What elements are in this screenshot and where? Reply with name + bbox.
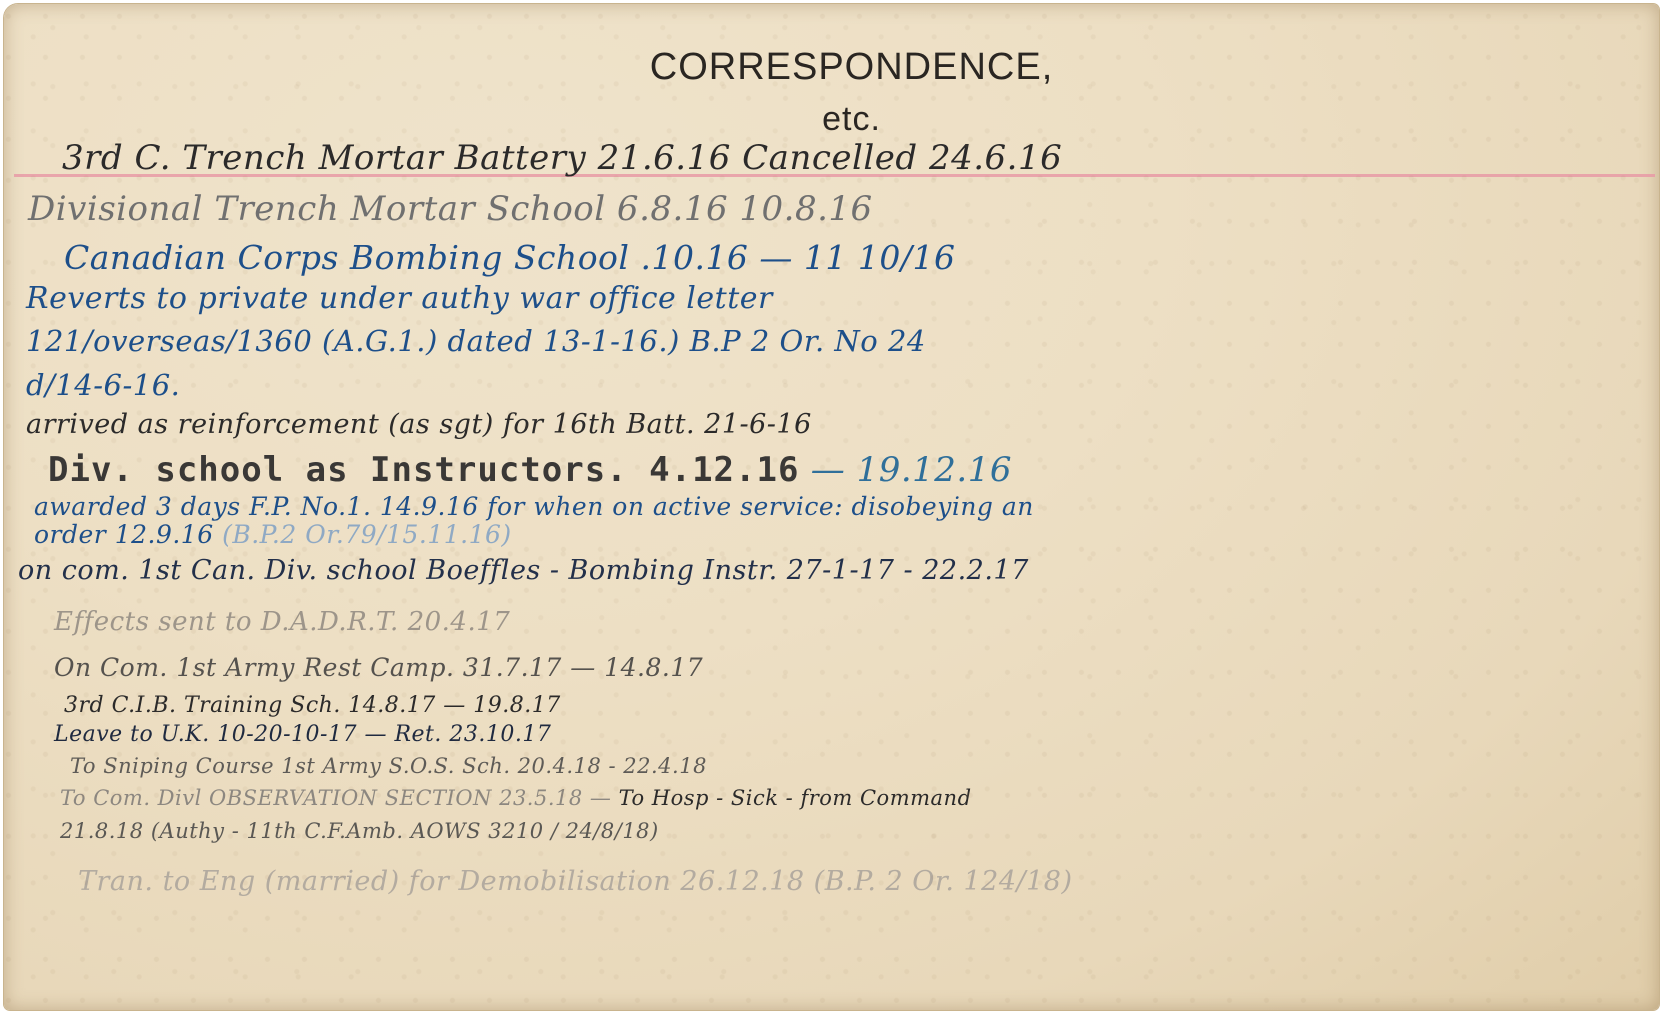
card-subheading: etc. — [4, 100, 1667, 139]
entry-reverts-to-private: Reverts to private under authy war offic… — [26, 281, 773, 316]
correspondence-card: CORRESPONDENCE, etc. 3rd C. Trench Morta… — [4, 4, 1659, 1010]
typed-text: Div. school as Instructors. 4.12.16 — [48, 450, 799, 490]
entry-trench-mortar-battery: 3rd C. Trench Mortar Battery 21.6.16 Can… — [62, 138, 1062, 178]
entry-awarded-field-punishment: awarded 3 days F.P. No.1. 14.9.16 for wh… — [34, 492, 1034, 521]
entry-army-rest-camp: On Com. 1st Army Rest Camp. 31.7.17 — 14… — [54, 653, 703, 682]
entry-leave-to-uk: Leave to U.K. 10-20-10-17 — Ret. 23.10.1… — [54, 722, 551, 747]
entry-arrived-reinforcement: arrived as reinforcement (as sgt) for 16… — [26, 409, 812, 440]
card-heading: CORRESPONDENCE, — [4, 46, 1667, 89]
entry-effects-sent: Effects sent to D.A.D.R.T. 20.4.17 — [54, 607, 510, 637]
entry-order: order 12.9.16 (B.P.2 Or.79/15.11.16) — [34, 520, 512, 549]
observation-section-text: To Com. Divl OBSERVATION SECTION 23.5.18… — [60, 786, 611, 810]
entry-field-ambulance: 21.8.18 (Authy - 11th C.F.Amb. AOWS 3210… — [60, 819, 659, 843]
entry-div-school-instructors: Div. school as Instructors. 4.12.16 — 19… — [48, 450, 1012, 490]
entry-sniping-course: To Sniping Course 1st Army S.O.S. Sch. 2… — [70, 754, 707, 778]
order-reference: (B.P.2 Or.79/15.11.16) — [214, 520, 512, 549]
entry-transfer-demobilisation: Tran. to Eng (married) for Demobilisatio… — [78, 866, 1073, 897]
entry-training-school: 3rd C.I.B. Training Sch. 14.8.17 — 19.8.… — [64, 693, 561, 718]
entry-overseas-letter: 121/overseas/1360 (A.G.1.) dated 13-1-16… — [26, 324, 926, 358]
entry-dated: d/14-6-16. — [26, 368, 180, 402]
entry-observation-section: To Com. Divl OBSERVATION SECTION 23.5.18… — [60, 786, 972, 810]
order-date: order 12.9.16 — [34, 520, 214, 549]
entry-divisional-trench-mortar-school: Divisional Trench Mortar School 6.8.16 1… — [28, 189, 873, 229]
handwritten-end-date: — 19.12.16 — [799, 450, 1012, 490]
entry-canadian-corps-bombing-school: Canadian Corps Bombing School .10.16 — 1… — [64, 238, 956, 277]
entry-bombing-instructor: on com. 1st Can. Div. school Boeffles - … — [18, 555, 1029, 586]
to-hospital-text: To Hosp - Sick - from Command — [611, 786, 971, 810]
